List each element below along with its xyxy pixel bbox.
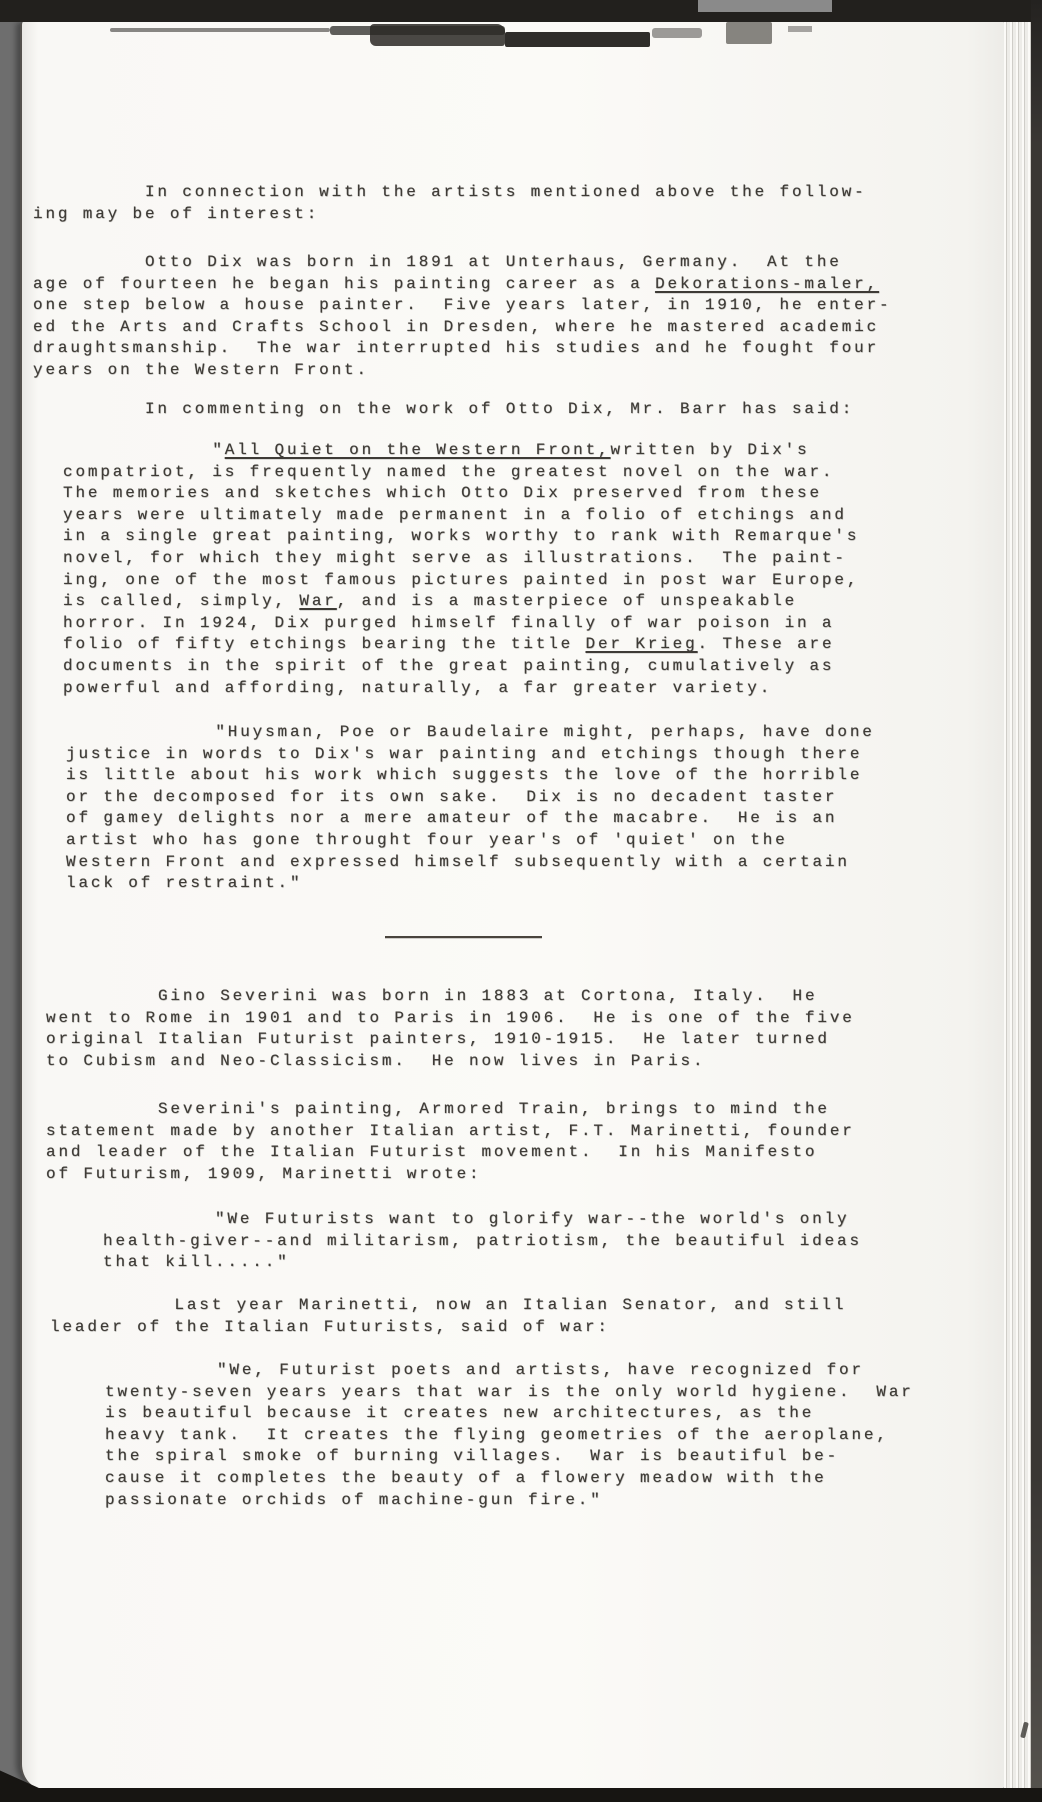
paper-edge-smudge	[505, 32, 650, 47]
paragraph-intro: In connection with the artists mentioned…	[33, 182, 867, 225]
paper-edge-smudge	[110, 28, 330, 32]
blockquote-barr-on-dix-1: "All Quiet on the Western Front,written …	[63, 440, 859, 699]
paragraph-severini-bio: Gino Severini was born in 1883 at Corton…	[46, 986, 855, 1072]
paragraph-barr-intro: In commenting on the work of Otto Dix, M…	[33, 399, 854, 421]
paper-edge-smudge	[652, 28, 702, 38]
paragraph-marinetti-intro: Severini's painting, Armored Train, brin…	[46, 1099, 855, 1185]
blockquote-futurist-manifesto: "We Futurists want to glorify war--the w…	[103, 1209, 862, 1274]
paper-edge-smudge	[370, 24, 505, 46]
paragraph-marinetti-senator: Last year Marinetti, now an Italian Sena…	[50, 1295, 846, 1338]
scan-top-edge	[0, 0, 1042, 22]
paper-edge-smudge	[726, 22, 772, 44]
scanned-document-page: In connection with the artists mentioned…	[0, 0, 1042, 1802]
blockquote-barr-on-dix-2: "Huysman, Poe or Baudelaire might, perha…	[66, 722, 875, 895]
page-stack-edge	[1004, 22, 1032, 1790]
section-divider	[385, 936, 542, 938]
scanner-bed-notch	[698, 0, 832, 12]
paragraph-otto-dix-bio: Otto Dix was born in 1891 at Unterhaus, …	[33, 252, 891, 382]
paper-edge-smudge	[788, 26, 812, 32]
scan-right-edge	[1031, 0, 1042, 1802]
blockquote-marinetti-on-war: "We, Futurist poets and artists, have re…	[105, 1360, 914, 1511]
scan-bottom-edge	[0, 1788, 1042, 1802]
